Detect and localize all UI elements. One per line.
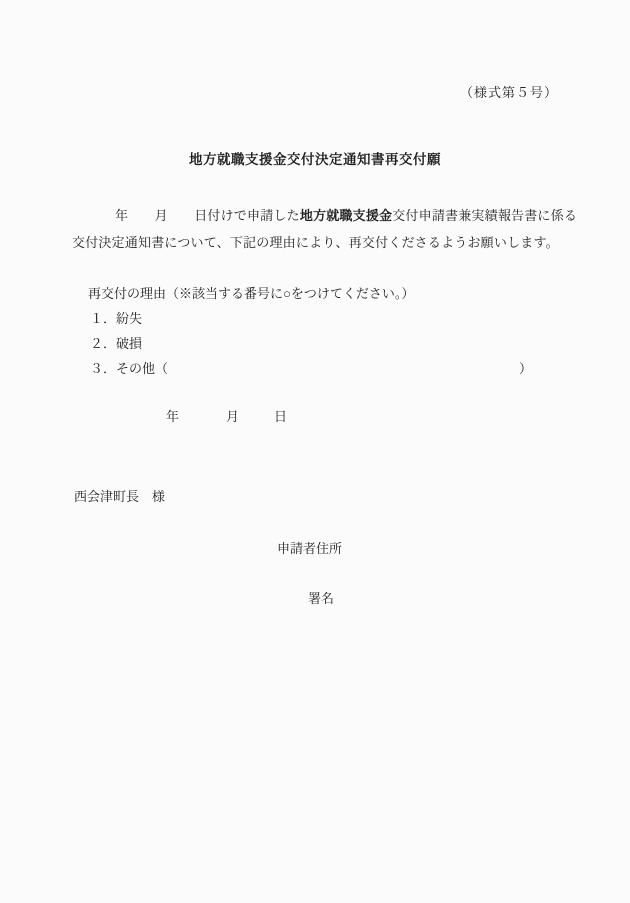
addressee-mayor-label: 西会津町長 様 xyxy=(74,488,165,506)
document-page: （様式第５号） 地方就職支援金交付決定通知書再交付願 年 月 日付けで申請した地… xyxy=(0,0,630,903)
date-line-month-label: 月 xyxy=(226,408,239,426)
body-paragraph-line1: 年 月 日付けで申請した地方就職支援金交付申請書兼実績報告書に係る xyxy=(72,207,601,225)
grant-name-bold: 地方就職支援金 xyxy=(300,208,392,223)
date-line-year-label: 年 xyxy=(166,408,179,426)
reason-item-other: ３．その他（ xyxy=(90,360,168,378)
body-paragraph-line2: 交付決定通知書について、下記の理由により、再交付くださるようお願いします。 xyxy=(72,234,558,252)
application-date-blank: 年 月 日付けで申請した xyxy=(115,208,300,223)
paragraph-line1-tail: 交付申請書兼実績報告書に係る xyxy=(392,208,577,223)
form-number-label: （様式第５号） xyxy=(460,84,558,102)
reason-section-heading: 再交付の理由（※該当する番号に○をつけてください。） xyxy=(88,285,414,303)
signature-label: 署名 xyxy=(308,590,334,608)
document-title: 地方就職支援金交付決定通知書再交付願 xyxy=(0,151,630,169)
applicant-address-label: 申請者住所 xyxy=(277,540,342,558)
reason-item-other-close-paren: ） xyxy=(519,360,532,378)
date-line-day-label: 日 xyxy=(274,408,287,426)
reason-item-lost: １．紛失 xyxy=(90,310,142,328)
reason-item-damaged: ２．破損 xyxy=(90,335,142,353)
